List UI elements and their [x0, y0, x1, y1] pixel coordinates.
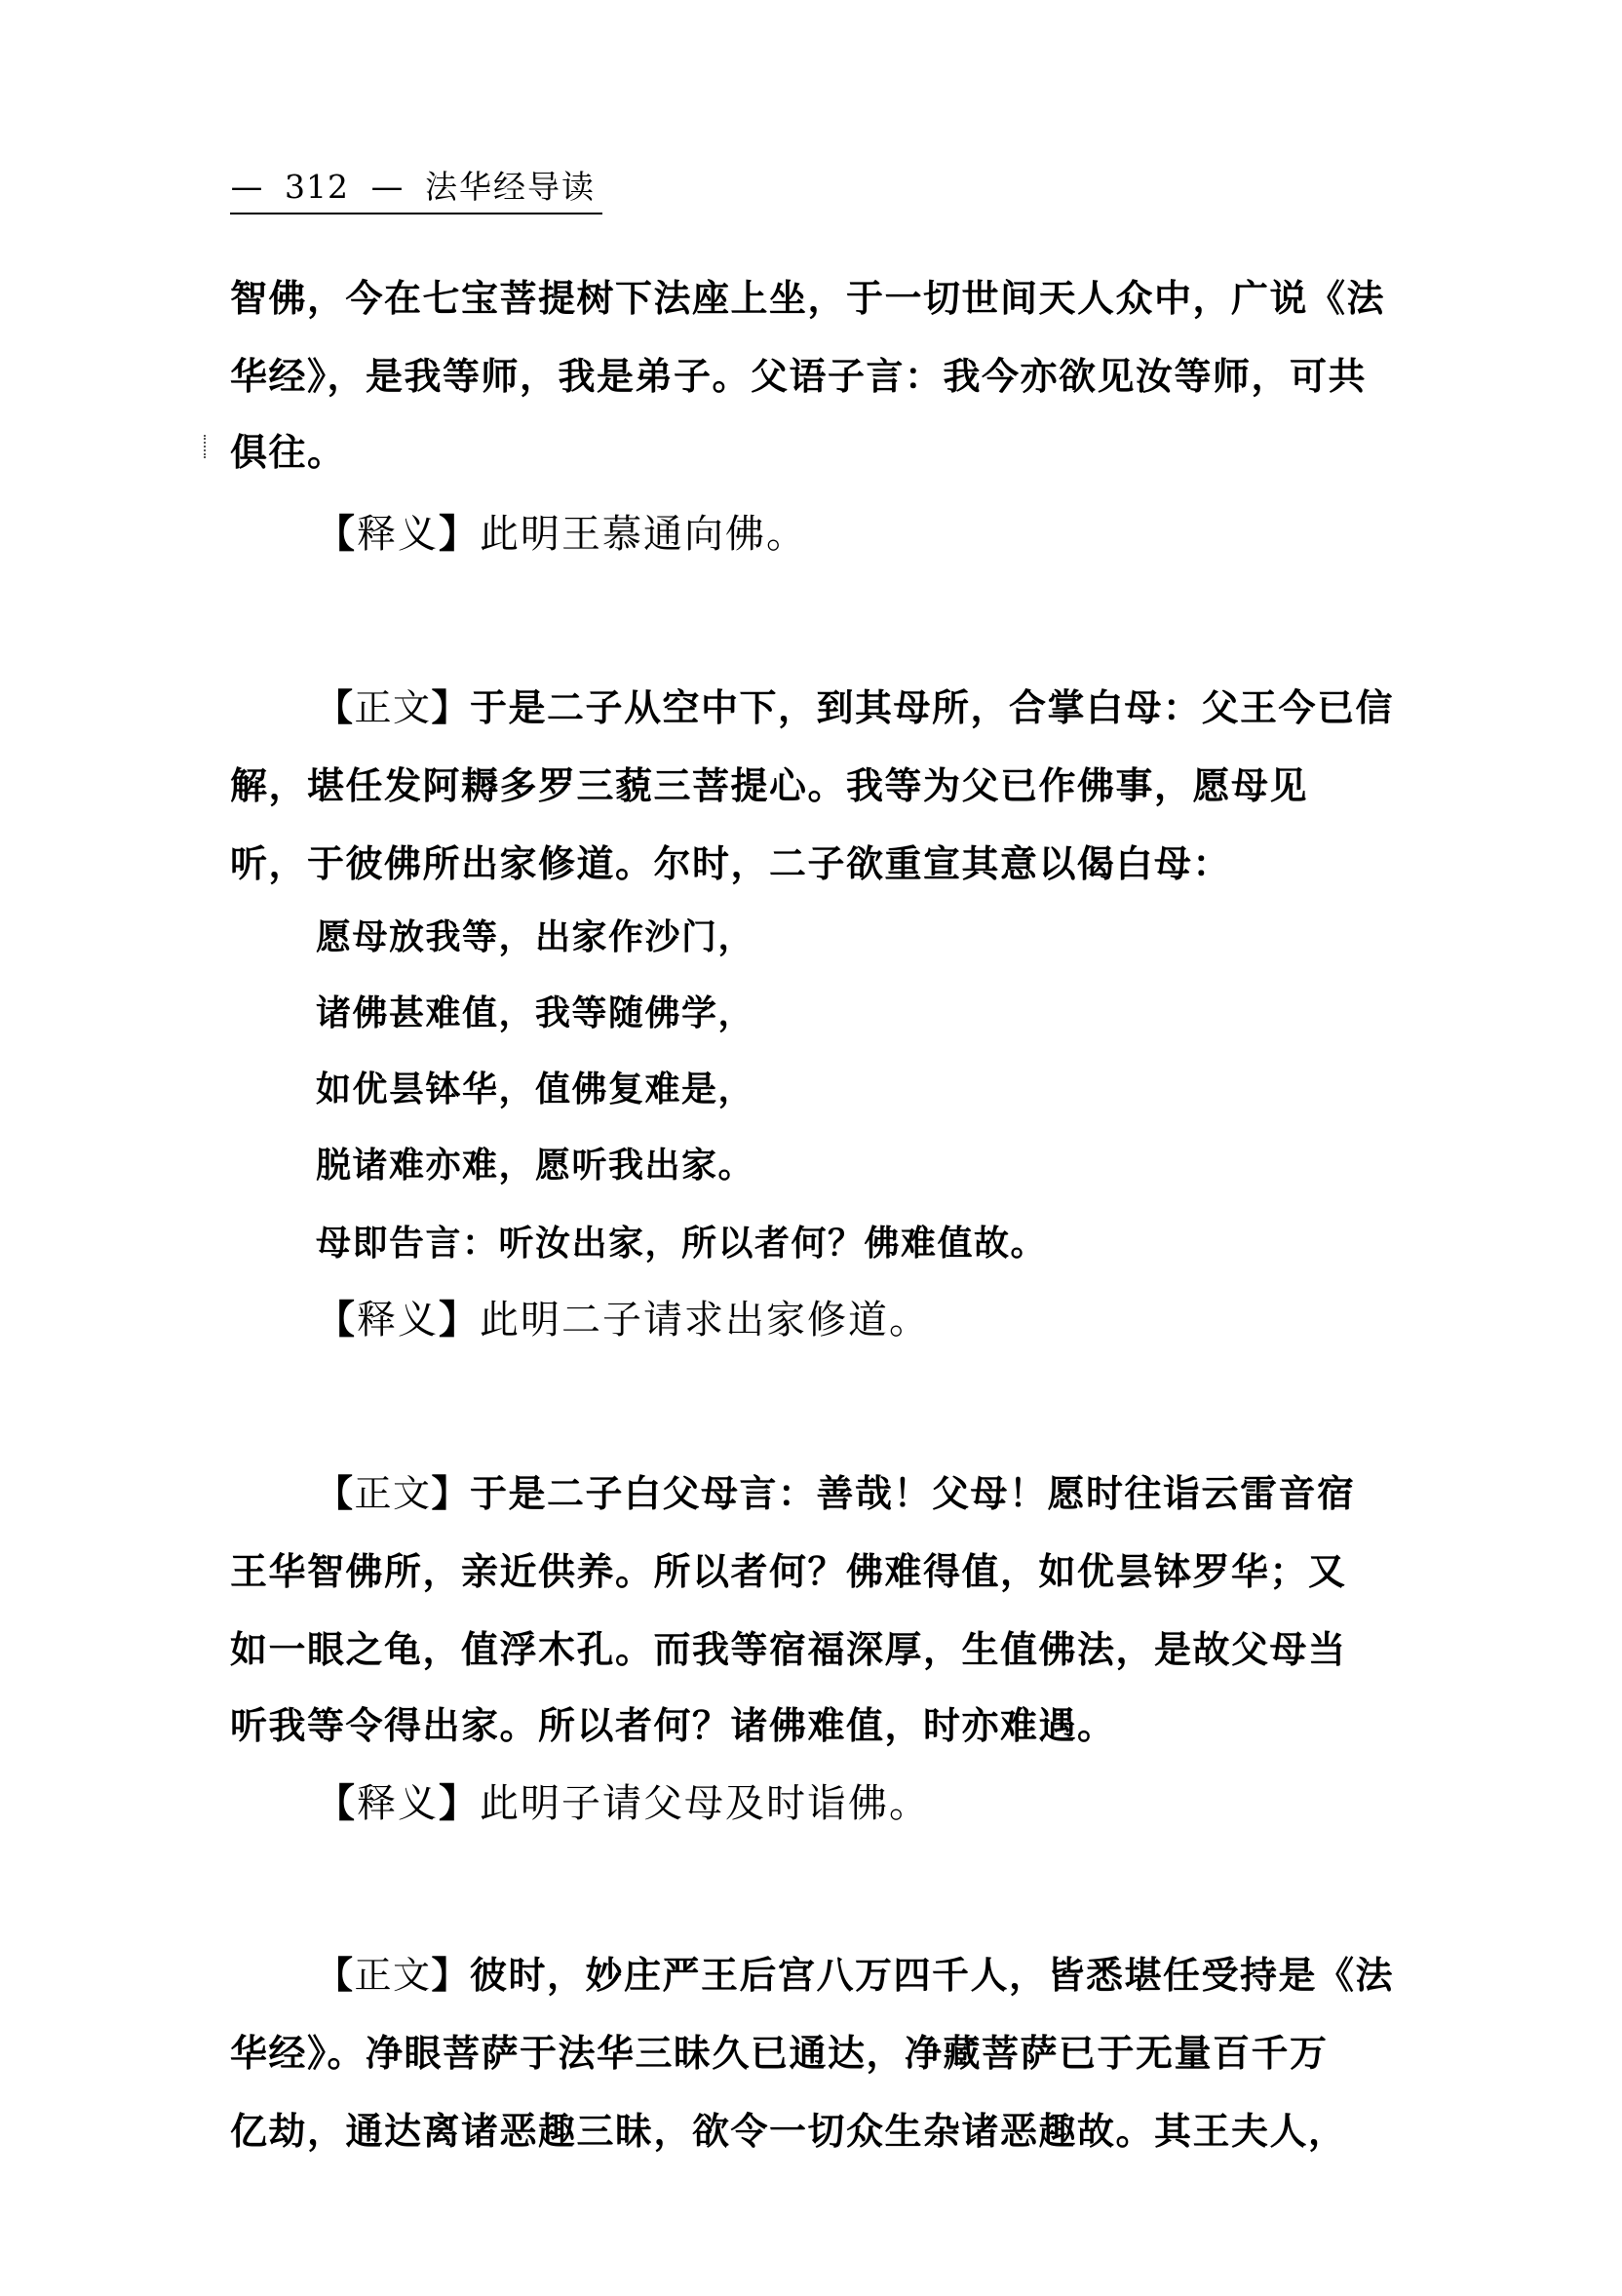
gloss-line: 【释义】此明王慕通向佛。	[316, 507, 807, 562]
body-line: 王华智佛所，亲近供养。所以者何？佛难得值，如优昙钵罗华；又	[230, 1544, 1347, 1599]
zhengwen-label: 【正文】	[316, 1954, 470, 1997]
zhengwen-first-line: 【正文】彼时，妙庄严王后宫八万四千人，皆悉堪任受持是《法	[316, 1948, 1394, 2003]
zhengwen-label: 【正文】	[316, 686, 470, 729]
body-line: 如一眼之龟，值浮木孔。而我等宿福深厚，生值佛法，是故父母当	[230, 1622, 1347, 1677]
book-title: 法华经导读	[425, 168, 596, 206]
verse-line: 如优昙钵华，值佛复难是，	[316, 1063, 754, 1117]
gloss-line: 【释义】此明二子请求出家修道。	[316, 1293, 930, 1347]
gloss-line: 【释义】此明子请父母及时诣佛。	[316, 1776, 930, 1831]
page-number: 312	[285, 168, 349, 206]
body-line: 华经》。净眼菩萨于法华三昧久已通达，净藏菩萨已于无量百千万	[230, 2026, 1329, 2081]
verse-line: 诸佛甚难值，我等随佛学，	[316, 987, 754, 1041]
zhengwen-label: 【正文】	[316, 1472, 470, 1515]
gloss-text: 此明二子请求出家修道。	[480, 1298, 930, 1343]
shiyi-label: 【释义】	[316, 512, 480, 557]
body-line: 俱往。	[230, 425, 346, 480]
zhengwen-first-line: 【正文】于是二子从空中下，到其母所，合掌白母：父王今已信	[316, 681, 1394, 735]
body-line: 亿劫，通达离诸恶趣三昧，欲令一切众生杂诸恶趣故。其王夫人，	[230, 2104, 1347, 2159]
header-dash-left: —	[230, 166, 263, 209]
header-dash-right: —	[370, 166, 404, 209]
gloss-text: 此明王慕通向佛。	[480, 512, 807, 557]
shiyi-label: 【释义】	[316, 1781, 480, 1826]
body-line: 听我等令得出家。所以者何？诸佛难值，时亦难遇。	[230, 1698, 1116, 1753]
body-line: 智佛，今在七宝菩提树下法座上坐，于一切世间天人众中，广说《法	[230, 271, 1385, 326]
shiyi-label: 【释义】	[316, 1298, 480, 1343]
scan-margin-mark	[204, 435, 208, 458]
gloss-text: 此明子请父母及时诣佛。	[480, 1781, 930, 1826]
running-header: —312—法华经导读	[230, 166, 602, 214]
body-line: 听，于彼佛所出家修道。尔时，二子欲重宣其意以偈白母：	[230, 837, 1231, 891]
verse-line: 愿母放我等，出家作沙门，	[316, 911, 754, 965]
verse-line: 母即告言：听汝出家，所以者何？佛难值故。	[316, 1217, 1047, 1271]
body-line: 解，堪任发阿耨多罗三藐三菩提心。我等为父已作佛事，愿母见	[230, 759, 1308, 813]
body-line: 华经》，是我等师，我是弟子。父语子言：我今亦欲见汝等师，可共	[230, 349, 1367, 404]
zhengwen-first-line: 【正文】于是二子白父母言：善哉！父母！愿时往诣云雷音宿	[316, 1466, 1356, 1521]
verse-line: 脱诸难亦难，愿听我出家。	[316, 1139, 754, 1193]
